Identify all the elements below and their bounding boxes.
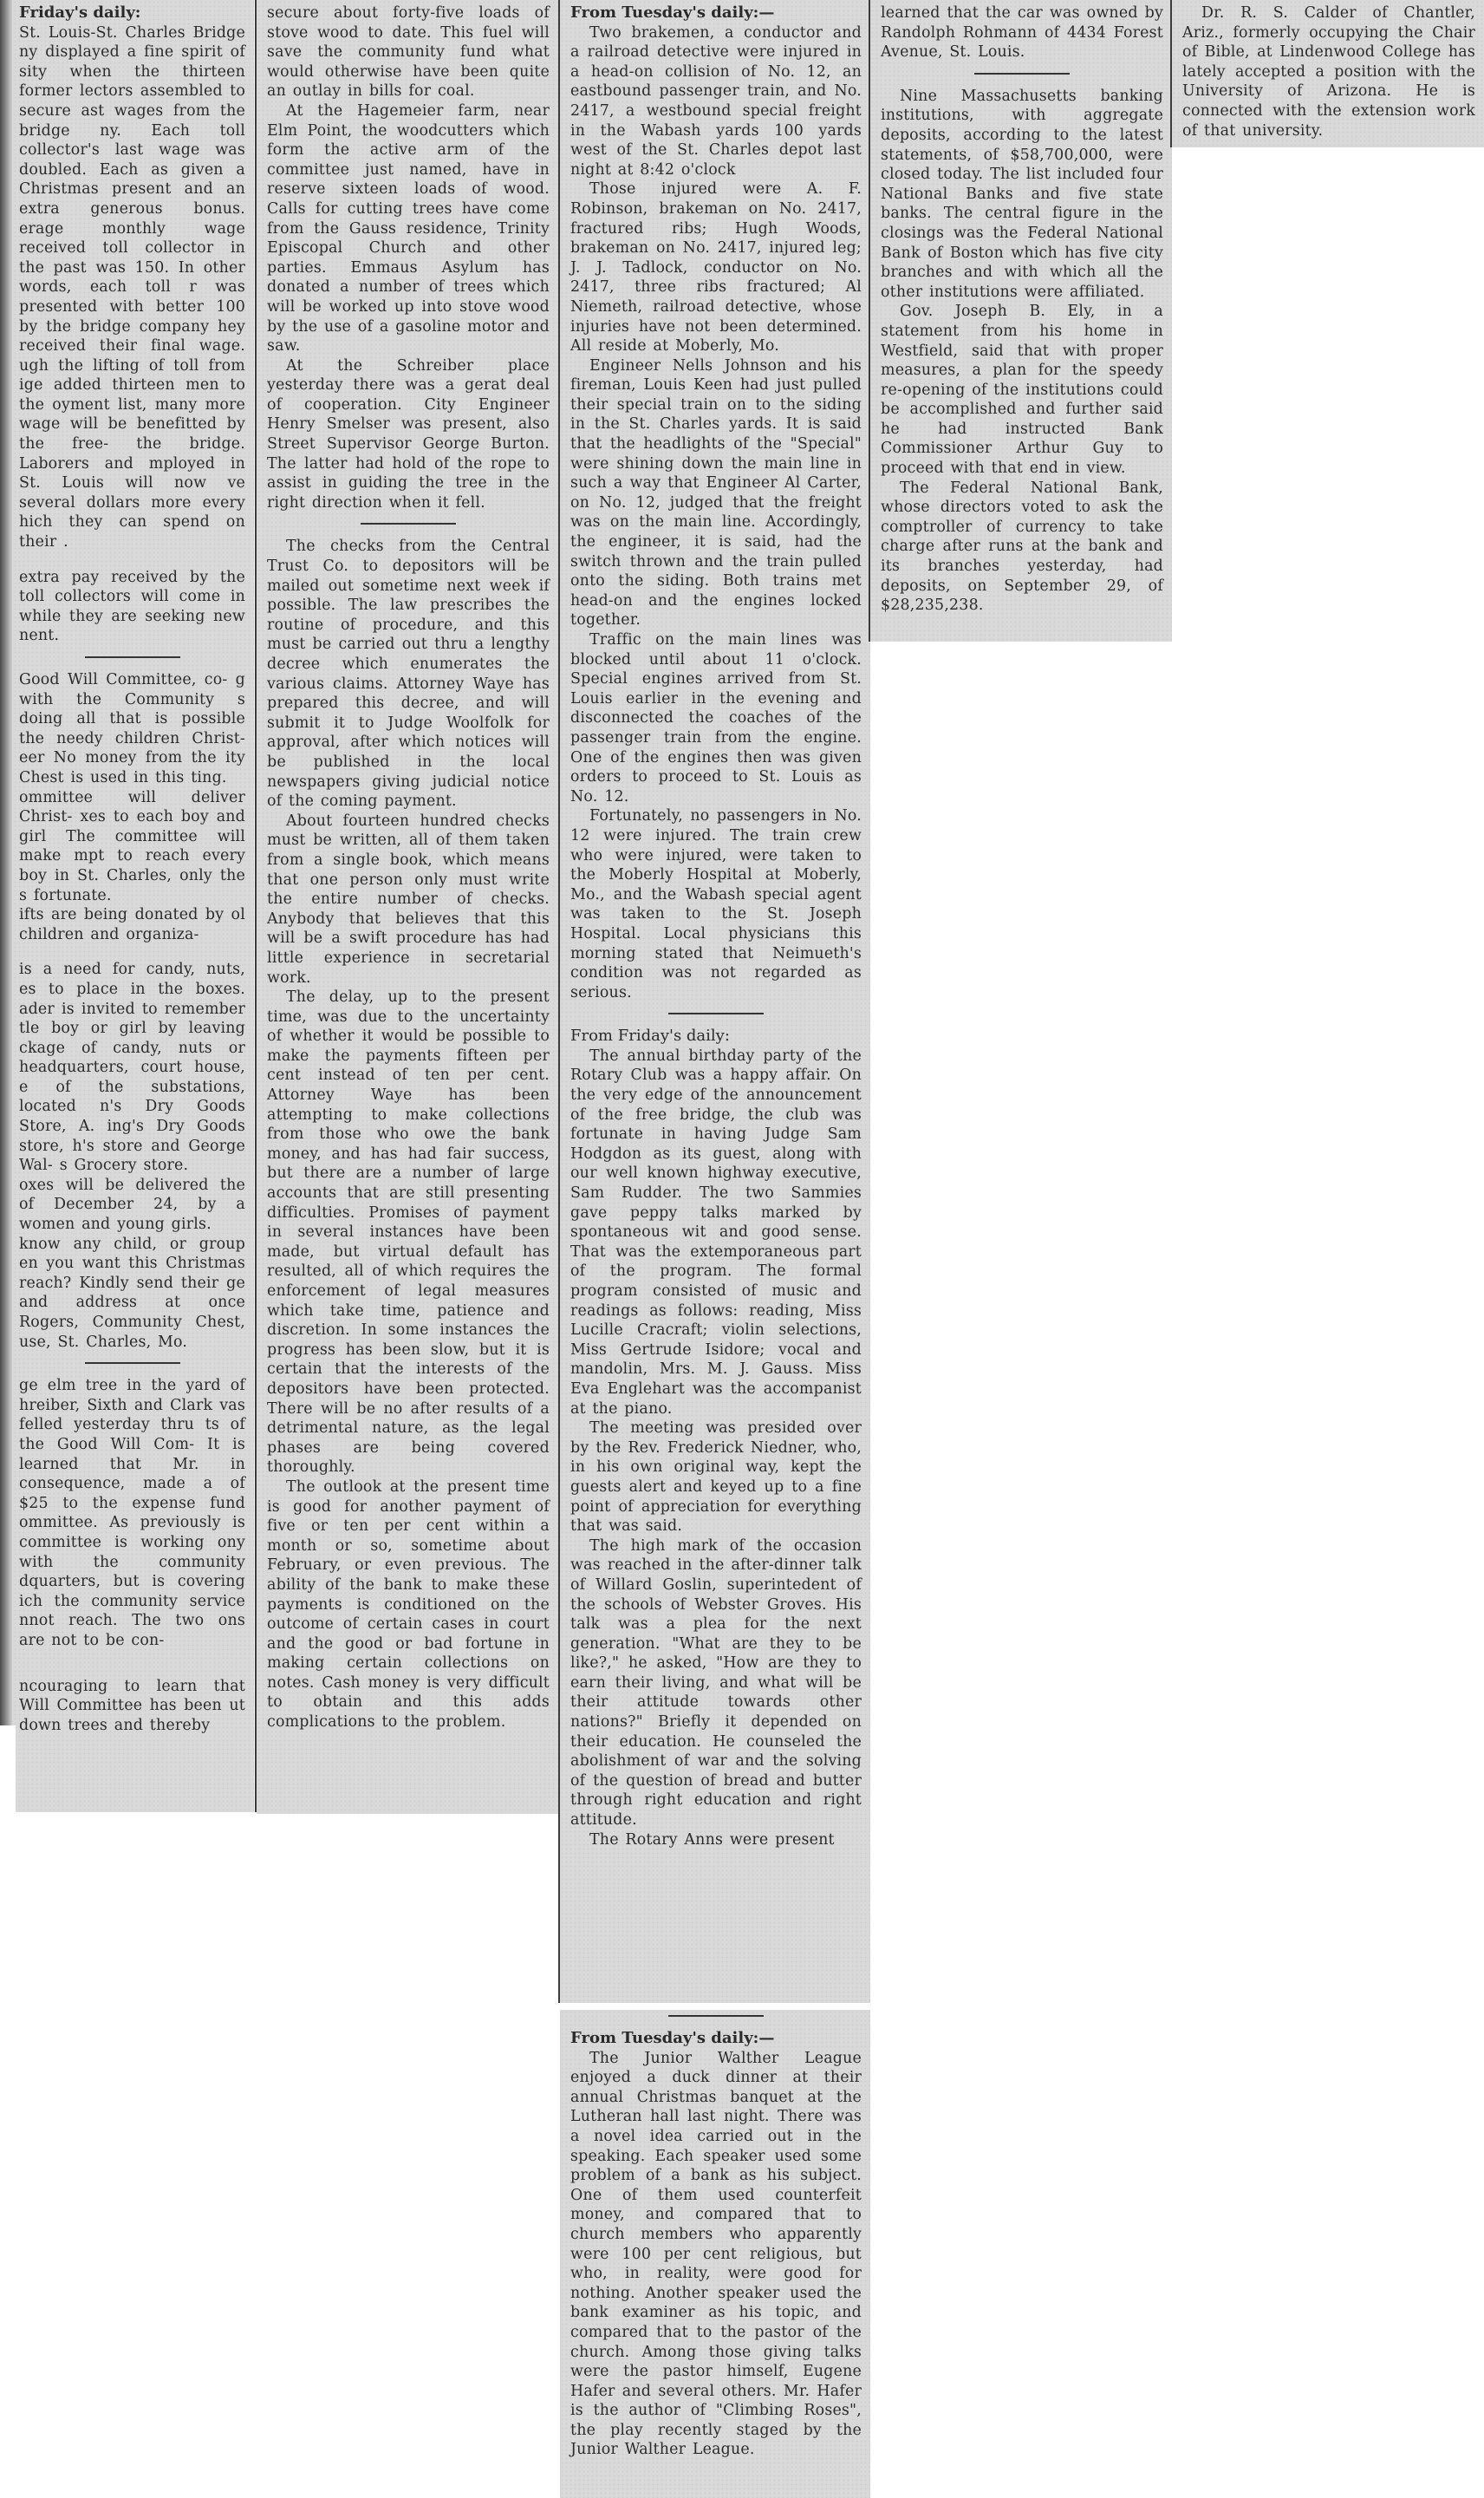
article-paragraph: ge elm tree in the yard of hreiber, Sixt… [19, 1376, 245, 1650]
article-paragraph: The delay, up to the present time, was d… [267, 988, 550, 1477]
article-paragraph: Two brakemen, a conductor and a railroad… [570, 23, 862, 180]
clipping-massachusetts-banks: learned that the car was owned by Randol… [870, 0, 1172, 642]
article-paragraph: The Rotary Anns were present [570, 1830, 862, 1850]
clipping-stove-wood-and-checks: secure about forty-five loads of stove w… [257, 0, 558, 1814]
article-paragraph: Fortunately, no passengers in No. 12 wer… [570, 806, 862, 1002]
article-paragraph: learned that the car was owned by Randol… [881, 3, 1163, 62]
article-paragraph: St. Louis-St. Charles Bridge ny displaye… [19, 23, 245, 552]
article-paragraph: ncouraging to learn that Will Committee … [19, 1677, 245, 1736]
divider-rule [668, 2015, 764, 2017]
scan-edge-shadow [0, 0, 12, 1812]
article-paragraph: Good Will Committee, co- g with the Comm… [19, 670, 245, 788]
article-paragraph: At the Schreiber place yesterday there w… [267, 356, 550, 513]
page-gap [0, 1725, 16, 1812]
section-heading: From Friday's daily: [570, 1027, 862, 1047]
section-heading: From Tuesday's daily:— [570, 3, 862, 23]
column-rule [1170, 0, 1172, 147]
article-paragraph: At the Hagemeier farm, near Elm Point, t… [267, 101, 550, 356]
article-paragraph: The high mark of the occasion was reache… [570, 1536, 862, 1830]
column-rule [558, 0, 560, 2003]
article-paragraph: The checks from the Central Trust Co. to… [267, 537, 550, 811]
clipping-junior-walther-league: From Tuesday's daily:— The Junior Walthe… [560, 2010, 870, 2498]
article-paragraph: The annual birthday party of the Rotary … [570, 1047, 862, 1419]
clipping-train-collision-and-rotary: From Tuesday's daily:— Two brakemen, a c… [560, 0, 870, 2003]
article-paragraph: About fourteen hundred checks must be wr… [267, 812, 550, 988]
divider-rule [85, 656, 180, 658]
section-heading: Friday's daily: [19, 3, 245, 23]
article-paragraph: The outlook at the present time is good … [267, 1477, 550, 1732]
clipping-bridge-and-good-will: Friday's daily: St. Louis-St. Charles Br… [0, 0, 254, 1812]
article-paragraph: Dr. R. S. Calder of Chantler, Ariz., for… [1182, 3, 1475, 140]
article-paragraph: Engineer Nells Johnson and his fireman, … [570, 356, 862, 630]
column-rule [869, 0, 870, 642]
article-paragraph: Gov. Joseph B. Ely, in a statement from … [881, 302, 1163, 478]
article-paragraph: Nine Massachusetts banking institutions,… [881, 87, 1163, 303]
article-paragraph: oxes will be delivered the of December 2… [19, 1176, 245, 1235]
divider-rule [668, 1013, 764, 1014]
article-paragraph: is a need for candy, nuts, es to place i… [19, 960, 245, 1176]
article-paragraph: Those injured were A. F. Robinson, brake… [570, 179, 862, 355]
article-paragraph: Traffic on the main lines was blocked un… [570, 630, 862, 806]
article-paragraph: The Federal National Bank, whose directo… [881, 479, 1163, 616]
divider-rule [85, 1362, 180, 1364]
divider-rule [974, 73, 1070, 75]
section-heading: From Tuesday's daily:— [570, 2029, 862, 2049]
article-paragraph: The meeting was presided over by the Rev… [570, 1419, 862, 1536]
article-paragraph: secure about forty-five loads of stove w… [267, 3, 550, 101]
divider-rule [361, 523, 456, 525]
column-rule [255, 0, 257, 1812]
article-paragraph: extra pay received by the toll collector… [19, 568, 245, 646]
clipping-dr-calder: Dr. R. S. Calder of Chantler, Ariz., for… [1172, 0, 1484, 147]
article-paragraph: ommittee will deliver Christ- xes to eac… [19, 788, 245, 906]
article-paragraph: know any child, or group en you want thi… [19, 1235, 245, 1353]
article-paragraph: ifts are being donated by ol children an… [19, 905, 245, 944]
article-paragraph: The Junior Walther League enjoyed a duck… [570, 2049, 862, 2460]
